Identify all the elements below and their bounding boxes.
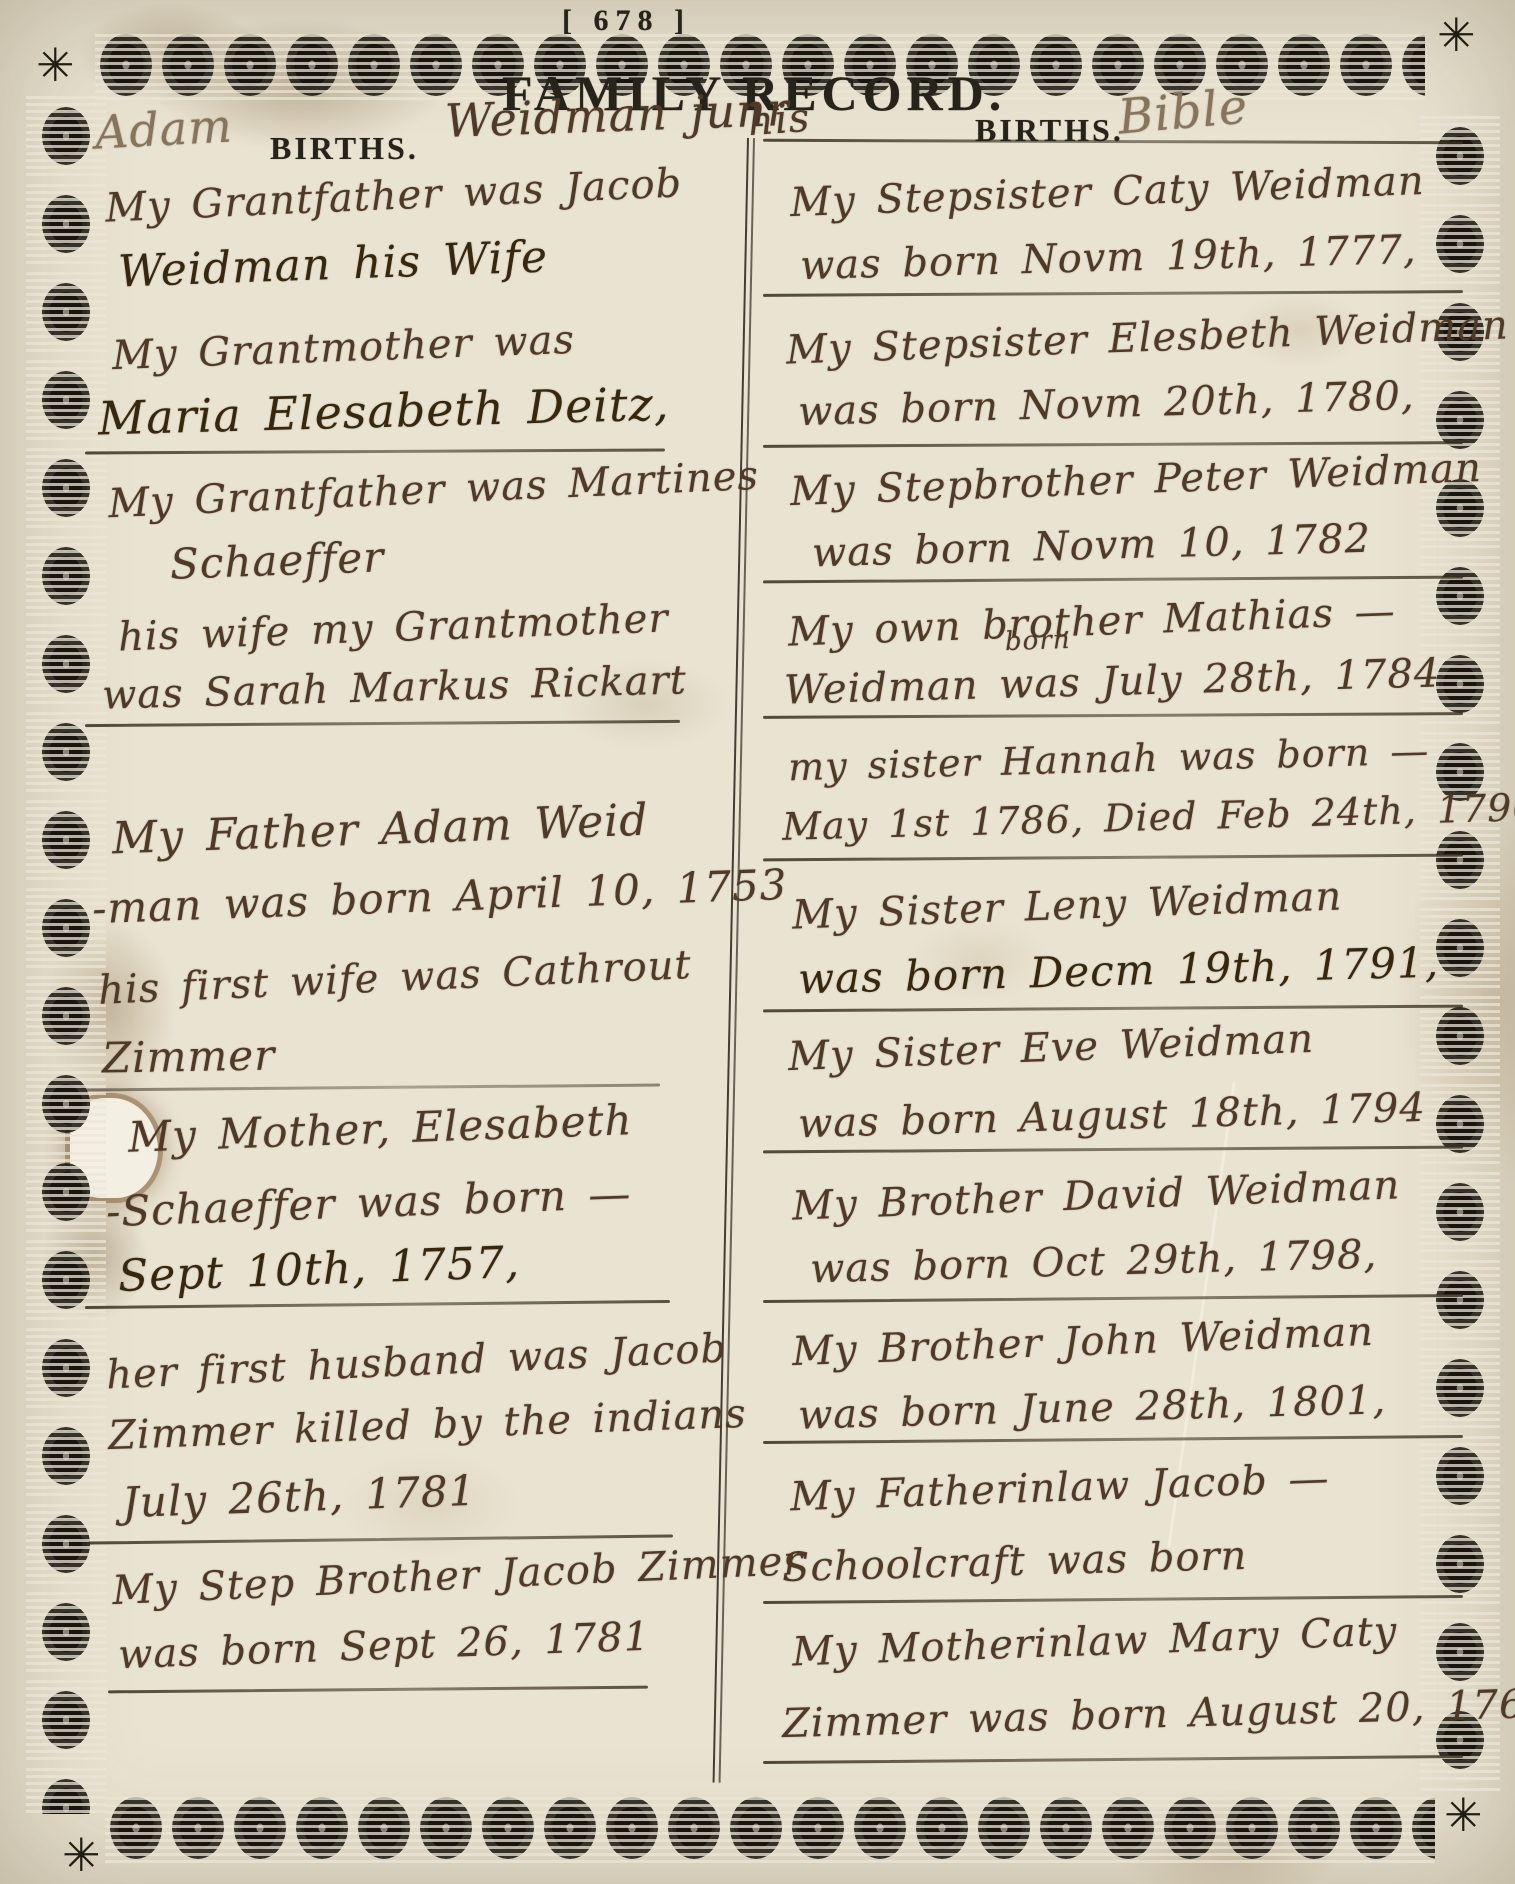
record-line: -Schaeffer was born — [105, 1173, 632, 1233]
record-line: was born August 18th, 1794 [798, 1088, 1427, 1144]
record-line: was born Sept 26, 1781 [117, 1617, 650, 1676]
record-line: My Sister Eve Weidman [787, 1019, 1314, 1077]
ruled-line [88, 1534, 673, 1544]
record-line: May 1st 1786, Died Feb 24th, 1790 [782, 788, 1515, 846]
record-line: My Stepsister Caty Weidman [789, 161, 1425, 223]
corner-star-icon: ✳ [1444, 1792, 1483, 1838]
ornamental-border-bottom [105, 1793, 1435, 1863]
record-line: My Motherinlaw Mary Caty [791, 1611, 1397, 1672]
record-line: Zimmer [102, 1034, 276, 1079]
corner-star-icon: ✳ [1437, 12, 1476, 58]
record-line: Maria Elesabeth Deitz, [97, 381, 669, 442]
inscription-owner-first: Adam [94, 102, 234, 155]
record-line: My own brother Mathias — [787, 591, 1396, 652]
inscription-book: Bible [1116, 82, 1250, 141]
ruled-line [763, 441, 1463, 448]
record-line: My Brother David Weidman [791, 1165, 1400, 1226]
ruled-line [763, 854, 1463, 862]
record-line: My Fatherinlaw Jacob — [789, 1459, 1330, 1518]
record-line: was born Novm 19th, 1777, [800, 230, 1417, 286]
record-line: My Brother John Weidman [791, 1312, 1374, 1372]
ruled-line [763, 712, 1463, 719]
record-line: My Father Adam Weid [111, 799, 649, 862]
record-line: Weidman his Wife [117, 236, 548, 295]
record-line: My Mother, Elesabeth [127, 1099, 633, 1159]
record-line: Zimmer was born August 20, 1762 [782, 1684, 1515, 1744]
record-line: was born Decm 19th, 1791, [798, 942, 1440, 1001]
inscription-owner-last: Weidman junr [444, 86, 790, 144]
scanned-family-record-page: ✳ ✳ ✳ ✳ [ 678 ] FAMILY RECORD. BIRTHS. B… [0, 0, 1515, 1884]
record-line: her first husband was Jacob [105, 1328, 727, 1395]
record-line: his first wife was Cathrout [97, 945, 692, 1011]
record-line: -man was born April 10, 1753 [91, 864, 788, 930]
ruled-line [85, 1083, 660, 1091]
record-line: My Grantmother was [111, 320, 575, 376]
record-line: was born Novm 10, 1782 [812, 519, 1372, 574]
record-line: was born Oct 29th, 1798, [810, 1235, 1378, 1290]
record-line: was born June 28th, 1801, [798, 1380, 1387, 1435]
record-line: was born Novm 20th, 1780, [798, 376, 1415, 432]
corner-star-icon: ✳ [62, 1832, 101, 1878]
record-line: Sept 10th, 1757, [117, 1241, 520, 1299]
ruled-line [763, 1005, 1463, 1013]
corner-star-icon: ✳ [36, 42, 75, 88]
ruled-line [108, 1686, 648, 1694]
record-line: My Grantfather was Jacob [104, 163, 683, 228]
record-line: My Sister Leny Weidman [791, 876, 1342, 935]
record-line: My Stepsister Elesbeth Weidman [786, 305, 1510, 370]
ruled-line [85, 720, 680, 727]
record-line: Weidman was July 28th, 1784 [784, 653, 1441, 710]
record-line: Schoolcraft was born [782, 1536, 1248, 1588]
ruled-line [85, 1300, 670, 1309]
births-header-right: BIRTHS. [975, 112, 1124, 149]
inscription-his: his [747, 98, 812, 142]
ruled-line [763, 1146, 1463, 1154]
record-line: my sister Hannah was born — [788, 732, 1430, 787]
record-line: Zimmer killed by the indians [107, 1394, 747, 1456]
record-line: My Stepbrother Peter Weidman [790, 448, 1483, 512]
record-line: was Sarah Markus Rickart [102, 660, 688, 715]
ruled-line [85, 448, 665, 454]
ruled-line [763, 1755, 1463, 1764]
record-line: My Grantfather was Martines [107, 456, 759, 524]
record-line: his wife my Grantmother [117, 598, 669, 657]
record-line: My Step Brother Jacob Zimmer [111, 1541, 804, 1611]
record-line: July 26th, 1781 [121, 1470, 477, 1524]
page-number: [ 678 ] [562, 4, 691, 38]
ruled-line [763, 1294, 1463, 1303]
record-line: Schaeffer [169, 536, 385, 585]
ornamental-border-left [26, 92, 106, 1814]
ruled-line [763, 576, 1463, 584]
births-header-left: BIRTHS. [270, 130, 419, 167]
record-inserted-word: born [1005, 627, 1071, 655]
column-divider [713, 138, 755, 1783]
ruled-line [763, 290, 1463, 297]
ruled-line [763, 1595, 1463, 1604]
